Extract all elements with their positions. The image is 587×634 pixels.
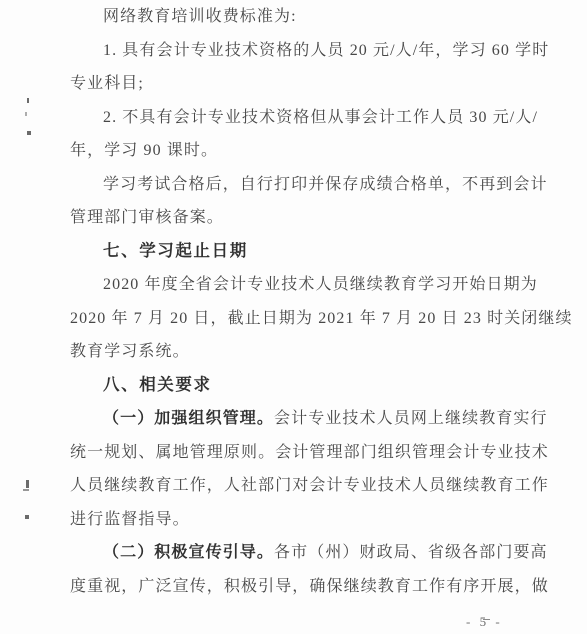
line-text: 会计专业技术人员网上继续教育实行: [274, 410, 548, 427]
scan-artifact: [25, 515, 29, 519]
page-number: - 5 -: [466, 614, 503, 630]
subsection-title: （一）加强组织管理。: [103, 410, 274, 427]
section-heading-8: 八、相关要求: [70, 369, 540, 403]
scanned-document-page: 网络教育培训收费标准为: 1. 具有会计专业技术资格的人员 20 元/人/年，学…: [0, 0, 587, 634]
paragraph-line: 年，学习 90 课时。: [70, 134, 540, 168]
section-heading-7: 七、学习起止日期: [70, 235, 540, 269]
paragraph-line: （一）加强组织管理。会计专业技术人员网上继续教育实行: [70, 402, 540, 436]
line-text: 统一规划、属地管理原则。会计管理部门组织管理会计专业技术: [70, 444, 549, 461]
subsection-title: （二）积极宣传引导。: [103, 544, 274, 561]
line-text: 度重视，广泛宣传，积极引导，确保继续教育工作有序开展，做: [70, 578, 549, 595]
line-text: 网络教育培训收费标准为:: [103, 8, 297, 25]
paragraph-line: 统一规划、属地管理原则。会计管理部门组织管理会计专业技术: [70, 436, 540, 470]
paragraph-line: 学习考试合格后，自行打印并保存成绩合格单，不再到会计: [70, 168, 540, 202]
paragraph-line: 人员继续教育工作，人社部门对会计专业技术人员继续教育工作: [70, 469, 540, 503]
line-text: 学习考试合格后，自行打印并保存成绩合格单，不再到会计: [103, 176, 548, 193]
scan-artifact: [483, 619, 490, 620]
paragraph-line: 管理部门审核备案。: [70, 201, 540, 235]
scan-artifact: [25, 112, 27, 116]
paragraph-line: 网络教育培训收费标准为:: [70, 0, 540, 34]
paragraph-line: 1. 具有会计专业技术资格的人员 20 元/人/年，学习 60 学时: [70, 34, 540, 68]
line-text: 2020 年 7 月 20 日，截止日期为 2021 年 7 月 20 日 23…: [70, 310, 573, 327]
paragraph-line: 2020 年度全省会计专业技术人员继续教育学习开始日期为: [70, 268, 540, 302]
line-text: 年，学习 90 课时。: [70, 142, 218, 159]
document-body: 网络教育培训收费标准为: 1. 具有会计专业技术资格的人员 20 元/人/年，学…: [70, 0, 540, 603]
heading-text: 七、学习起止日期: [103, 242, 248, 260]
line-text: 1. 具有会计专业技术资格的人员 20 元/人/年，学习 60 学时: [103, 42, 549, 59]
line-text: 各市（州）财政局、省级各部门要高: [274, 544, 548, 561]
scan-artifact: [27, 131, 31, 135]
paragraph-line: 专业科目;: [70, 67, 540, 101]
line-text: 管理部门审核备案。: [70, 209, 224, 226]
scan-artifact: [26, 480, 29, 488]
paragraph-line: 进行监督指导。: [70, 503, 540, 537]
paragraph-line: 2020 年 7 月 20 日，截止日期为 2021 年 7 月 20 日 23…: [70, 302, 540, 336]
line-text: 进行监督指导。: [70, 511, 190, 528]
line-text: 人员继续教育工作，人社部门对会计专业技术人员继续教育工作: [70, 477, 549, 494]
paragraph-line: 2. 不具有会计专业技术资格但从事会计工作人员 30 元/人/: [70, 101, 540, 135]
line-text: 2020 年度全省会计专业技术人员继续教育学习开始日期为: [103, 276, 538, 293]
line-text: 专业科目;: [70, 75, 144, 92]
scan-artifact: [27, 98, 29, 103]
paragraph-line: 度重视，广泛宣传，积极引导，确保继续教育工作有序开展，做: [70, 570, 540, 604]
paragraph-line: （二）积极宣传引导。各市（州）财政局、省级各部门要高: [70, 536, 540, 570]
heading-text: 八、相关要求: [103, 376, 212, 394]
scan-artifact: [23, 489, 29, 491]
line-text: 2. 不具有会计专业技术资格但从事会计工作人员 30 元/人/: [103, 109, 538, 126]
line-text: 教育学习系统。: [70, 343, 190, 360]
paragraph-line: 教育学习系统。: [70, 335, 540, 369]
